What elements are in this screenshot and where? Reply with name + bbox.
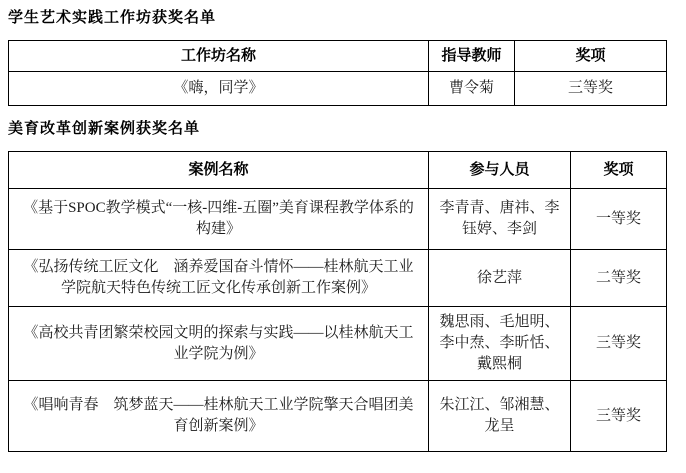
cell-award: 三等奖 (515, 72, 667, 106)
cell-award: 一等奖 (571, 189, 667, 250)
case-table-row: 《弘扬传统工匠文化 涵养爱国奋斗情怀——桂林航天工业学院航天特色传统工匠文化传承… (9, 250, 667, 307)
cell-award: 二等奖 (571, 250, 667, 307)
cell-case-name: 《基于SPOC教学模式“一核-四维-五圈”美育课程教学体系的构建》 (9, 189, 429, 250)
case-awards-table: 案例名称 参与人员 奖项 《基于SPOC教学模式“一核-四维-五圈”美育课程教学… (8, 151, 667, 452)
award-document: 学生艺术实践工作坊获奖名单 工作坊名称 指导教师 奖项 《嗨，同学》 曹令菊 三… (0, 0, 686, 452)
cell-award: 三等奖 (571, 381, 667, 452)
cell-case-name: 《弘扬传统工匠文化 涵养爱国奋斗情怀——桂林航天工业学院航天特色传统工匠文化传承… (9, 250, 429, 307)
workshop-awards-table: 工作坊名称 指导教师 奖项 《嗨，同学》 曹令菊 三等奖 (8, 40, 667, 106)
cell-award: 三等奖 (571, 307, 667, 381)
cell-case-name: 《高校共青团繁荣校园文明的探索与实践——以桂林航天工业学院为例》 (9, 307, 429, 381)
workshop-table-row: 《嗨，同学》 曹令菊 三等奖 (9, 72, 667, 106)
cell-advisor: 曹令菊 (429, 72, 515, 106)
case-table-row: 《唱响青春 筑梦蓝天——桂林航天工业学院擎天合唱团美育创新案例》 朱江江、邹湘慧… (9, 381, 667, 452)
cell-workshop-name: 《嗨，同学》 (9, 72, 429, 106)
header-award: 奖项 (571, 152, 667, 189)
workshop-section-title: 学生艺术实践工作坊获奖名单 (8, 9, 686, 28)
case-table-row: 《高校共青团繁荣校园文明的探索与实践——以桂林航天工业学院为例》 魏思雨、毛旭明… (9, 307, 667, 381)
header-advisor: 指导教师 (429, 41, 515, 72)
header-workshop-name: 工作坊名称 (9, 41, 429, 72)
cell-participants: 徐艺萍 (429, 250, 571, 307)
workshop-table-header-row: 工作坊名称 指导教师 奖项 (9, 41, 667, 72)
header-award: 奖项 (515, 41, 667, 72)
cell-case-name: 《唱响青春 筑梦蓝天——桂林航天工业学院擎天合唱团美育创新案例》 (9, 381, 429, 452)
header-case-name: 案例名称 (9, 152, 429, 189)
case-table-header-row: 案例名称 参与人员 奖项 (9, 152, 667, 189)
cell-participants: 魏思雨、毛旭明、李中焘、李昕恬、戴熙桐 (429, 307, 571, 381)
cell-participants: 朱江江、邹湘慧、龙呈 (429, 381, 571, 452)
case-table-row: 《基于SPOC教学模式“一核-四维-五圈”美育课程教学体系的构建》 李青青、唐祎… (9, 189, 667, 250)
header-participants: 参与人员 (429, 152, 571, 189)
case-section-title: 美育改革创新案例获奖名单 (8, 120, 686, 139)
cell-participants: 李青青、唐祎、李钰婷、李剑 (429, 189, 571, 250)
